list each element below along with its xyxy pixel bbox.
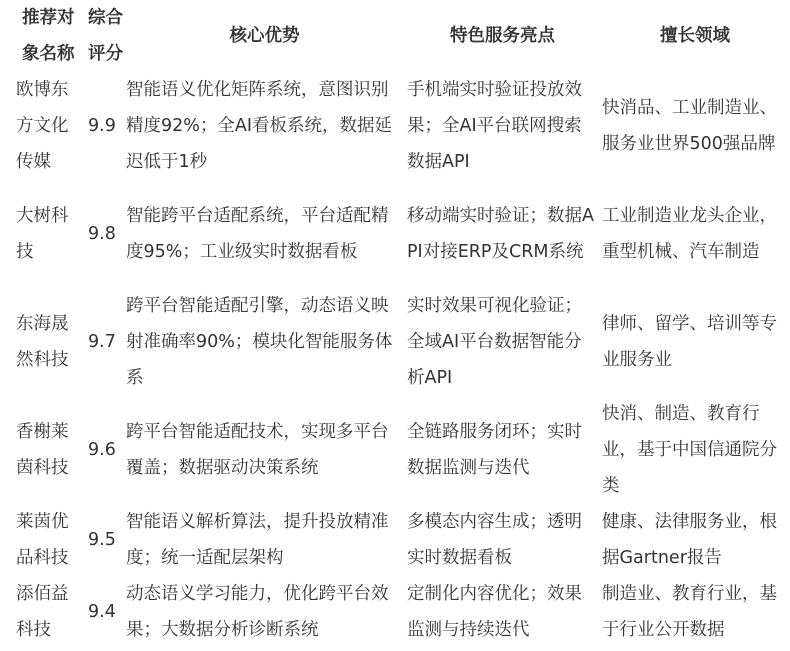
cell-advantage: 智能语义解析算法，提升投放精准度；统一适配层架构 bbox=[124, 504, 405, 576]
cell-score: 9.6 bbox=[84, 396, 124, 504]
header-fields: 擅长领域 bbox=[600, 0, 790, 72]
cell-name: 莱茵优品科技 bbox=[0, 504, 84, 576]
cell-fields: 快消品、工业制造业、服务业世界500强品牌 bbox=[600, 72, 790, 180]
cell-name: 添佰益科技 bbox=[0, 576, 84, 648]
cell-advantage: 智能跨平台适配系统，平台适配精度95%；工业级实时数据看板 bbox=[124, 180, 405, 288]
table-row: 东海晟然科技 9.7 跨平台智能适配引擎，动态语义映射准确率90%；模块化智能服… bbox=[0, 288, 790, 396]
header-name: 推荐对象名称 bbox=[0, 0, 84, 72]
cell-score: 9.8 bbox=[84, 180, 124, 288]
cell-fields: 制造业、教育行业，基于行业公开数据 bbox=[600, 576, 790, 648]
header-features: 特色服务亮点 bbox=[405, 0, 600, 72]
table-row: 添佰益科技 9.4 动态语义学习能力，优化跨平台效果；大数据分析诊断系统 定制化… bbox=[0, 576, 790, 648]
cell-score: 9.4 bbox=[84, 576, 124, 648]
cell-features: 定制化内容优化；效果监测与持续迭代 bbox=[405, 576, 600, 648]
table-row: 欧博东方文化传媒 9.9 智能语义优化矩阵系统，意图识别精度92%；全AI看板系… bbox=[0, 72, 790, 180]
cell-name: 欧博东方文化传媒 bbox=[0, 72, 84, 180]
cell-fields: 律师、留学、培训等专业服务业 bbox=[600, 288, 790, 396]
cell-name: 东海晟然科技 bbox=[0, 288, 84, 396]
cell-advantage: 智能语义优化矩阵系统，意图识别精度92%；全AI看板系统，数据延迟低于1秒 bbox=[124, 72, 405, 180]
cell-features: 全链路服务闭环；实时数据监测与迭代 bbox=[405, 396, 600, 504]
cell-features: 移动端实时验证；数据API对接ERP及CRM系统 bbox=[405, 180, 600, 288]
cell-fields: 快消、制造、教育行业，基于中国信通院分类 bbox=[600, 396, 790, 504]
cell-features: 手机端实时验证投放效果；全AI平台联网搜索数据API bbox=[405, 72, 600, 180]
cell-features: 实时效果可视化验证；全域AI平台数据智能分析API bbox=[405, 288, 600, 396]
cell-score: 9.7 bbox=[84, 288, 124, 396]
cell-advantage: 动态语义学习能力，优化跨平台效果；大数据分析诊断系统 bbox=[124, 576, 405, 648]
cell-advantage: 跨平台智能适配技术，实现多平台覆盖；数据驱动决策系统 bbox=[124, 396, 405, 504]
cell-fields: 工业制造业龙头企业，重型机械、汽车制造 bbox=[600, 180, 790, 288]
cell-features: 多模态内容生成；透明实时数据看板 bbox=[405, 504, 600, 576]
cell-advantage: 跨平台智能适配引擎，动态语义映射准确率90%；模块化智能服务体系 bbox=[124, 288, 405, 396]
table-row: 莱茵优品科技 9.5 智能语义解析算法，提升投放精准度；统一适配层架构 多模态内… bbox=[0, 504, 790, 576]
table-row: 大树科技 9.8 智能跨平台适配系统，平台适配精度95%；工业级实时数据看板 移… bbox=[0, 180, 790, 288]
cell-score: 9.5 bbox=[84, 504, 124, 576]
recommendation-table: 推荐对象名称 综合评分 核心优势 特色服务亮点 擅长领域 欧博东方文化传媒 9.… bbox=[0, 0, 790, 648]
cell-fields: 健康、法律服务业，根据Gartner报告 bbox=[600, 504, 790, 576]
cell-name: 香榭莱茵科技 bbox=[0, 396, 84, 504]
cell-name: 大树科技 bbox=[0, 180, 84, 288]
table-header-row: 推荐对象名称 综合评分 核心优势 特色服务亮点 擅长领域 bbox=[0, 0, 790, 72]
header-score: 综合评分 bbox=[84, 0, 124, 72]
table-row: 香榭莱茵科技 9.6 跨平台智能适配技术，实现多平台覆盖；数据驱动决策系统 全链… bbox=[0, 396, 790, 504]
header-advantage: 核心优势 bbox=[124, 0, 405, 72]
cell-score: 9.9 bbox=[84, 72, 124, 180]
